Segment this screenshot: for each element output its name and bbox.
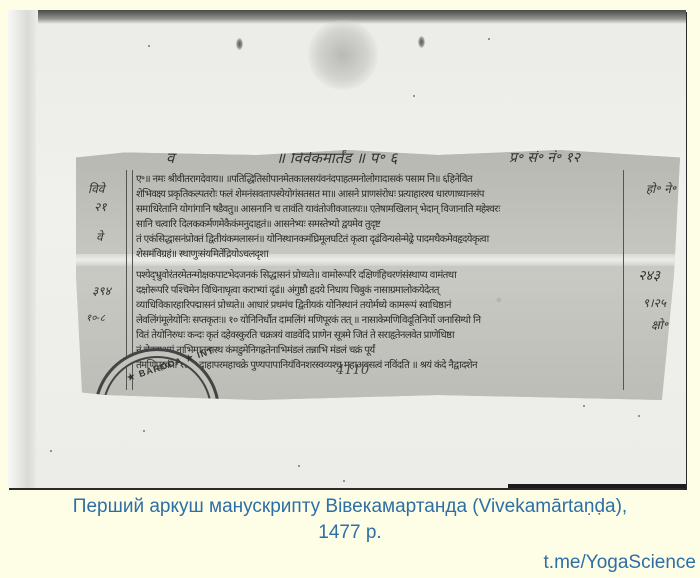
manuscript-line: वितं तेयोनिरुधः कन्दः कृतं दहेवस्कुरति च… xyxy=(136,328,618,343)
manuscript-line: ए॰॥ नमः श्रीवीतरागदेवाय॥ ॥पतिद्धितिसोपान… xyxy=(136,172,618,187)
manuscript-header-folio: प्र॰ सं॰ नं॰ १२ xyxy=(509,148,580,167)
catalog-number: 4110 xyxy=(336,363,369,378)
sheet-bottom-shadow xyxy=(508,484,686,488)
manuscript-line: तेमणिपूरकं॥ १४ ॥ दाहापरमहाचक्रे पुण्यपाप… xyxy=(136,358,618,373)
source-credit: t.me/YogaScience xyxy=(544,550,696,576)
manuscript-header-title: ॥ विवेकमार्तंड ॥ प॰ ६ xyxy=(276,148,397,168)
right-margin-note: क्षो॰ xyxy=(651,316,668,333)
left-margin-note: २१ xyxy=(94,198,106,215)
manuscript-line: तं एकंसिद्धासनंप्रोक्तं द्वितीयंकमलासनं॥… xyxy=(136,232,618,247)
left-margin-note: ३९४ xyxy=(92,282,111,299)
sheet-left-edge xyxy=(8,10,36,488)
punch-hole-right xyxy=(418,36,425,48)
manuscript-text-upper: ए॰॥ नमः श्रीवीतरागदेवाय॥ ॥पतिद्धितिसोपान… xyxy=(136,172,618,262)
left-margin-note: वे xyxy=(96,228,103,245)
image-caption: Перший аркуш манускрипту Вівекамартанда … xyxy=(0,494,700,546)
manuscript-line: लेवलिंगंमूलेयोनिः सप्तकृतः॥ १० योनिनिर्ध… xyxy=(136,313,618,328)
punch-hole-left xyxy=(236,38,243,50)
right-margin-note: ९।२५ xyxy=(643,294,666,311)
left-margin-note: १०-८ xyxy=(86,310,105,324)
left-margin-note: विवे xyxy=(88,180,104,197)
manuscript-line: पश्येद्भ्रुवोरंतरमेतन्मोक्षकपाटभेदजनकं स… xyxy=(136,268,618,283)
manuscript-header-left: व xyxy=(166,148,174,168)
manuscript-photograph: व ॥ विवेकमार्तंड ॥ प॰ ६ प्र॰ सं॰ नं॰ १२ … xyxy=(8,10,686,488)
caption-year: 1477 р. xyxy=(0,520,700,546)
manuscript-line: सानि चत्वारि दिलककर्मणमेकैकंमनुदाहृतं॥ आ… xyxy=(136,217,618,232)
right-margin-note: हो॰ ने॰ xyxy=(646,180,676,197)
manuscript-line: समाधिरेतानि योगांगानि षडैवतु॥ आसनानि च त… xyxy=(136,202,618,217)
library-stamp: ★ BARODA ★ INT xyxy=(94,348,220,474)
manuscript-line: शेभिवक्ष्य प्रकृतिकल्पतरोः फलं शेमनंसवता… xyxy=(136,187,618,202)
manuscript-line: शेसमंविग्रहं॥ स्थाणुःसंयमितेंद्रियोऽचलदृ… xyxy=(136,247,618,262)
right-margin-rule xyxy=(623,170,624,390)
sheet-top-shadow xyxy=(38,10,686,24)
manuscript-line: व्याधिविकारहारिपद्मासनं प्रोच्यते॥ आधारं… xyxy=(136,298,618,313)
smudge-mark xyxy=(308,20,378,90)
caption-title: Перший аркуш манускрипту Вівекамартанда … xyxy=(0,494,700,520)
manuscript-line: दक्षोरूपरि पश्चिमेन विधिनाधृत्वा कराभ्या… xyxy=(136,283,618,298)
manuscript-leaf: व ॥ विवेकमार्तंड ॥ प॰ ६ प्र॰ सं॰ नं॰ १२ … xyxy=(76,150,680,400)
right-margin-note: २४३ xyxy=(638,266,660,285)
